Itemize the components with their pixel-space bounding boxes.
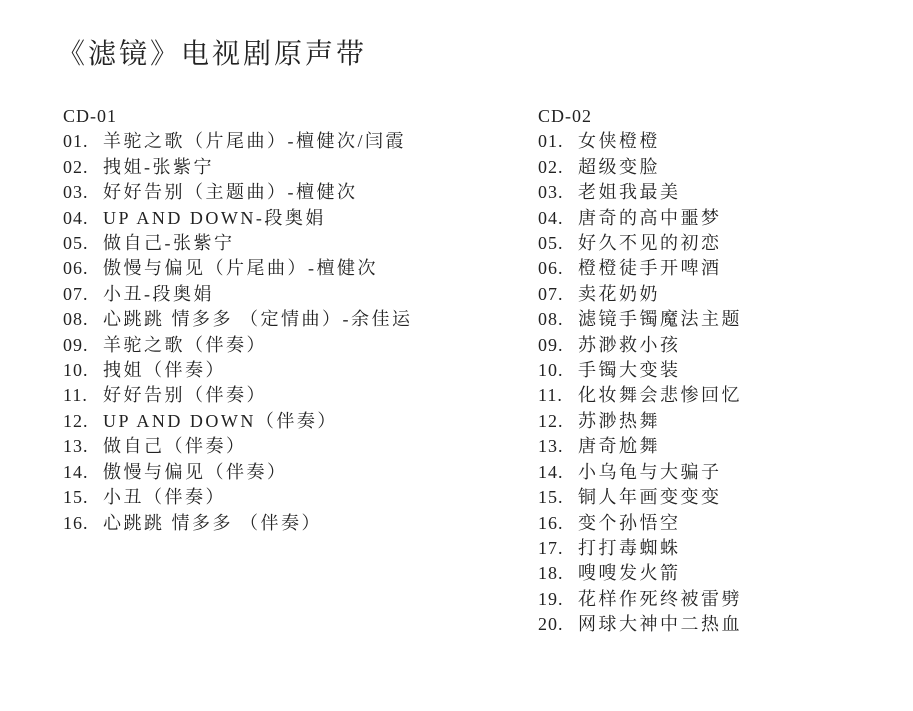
- track-number: 16.: [538, 511, 578, 536]
- disc-label: CD-02: [538, 104, 913, 129]
- track-item: 08.心跳跳 情多多 （定情曲）-余佳运: [63, 307, 538, 332]
- track-number: 13.: [538, 434, 578, 459]
- disc-label: CD-01: [63, 104, 538, 129]
- track-number: 10.: [63, 358, 103, 383]
- track-title: 傲慢与偏见（伴奏）: [103, 462, 288, 482]
- track-title: 橙橙徒手开啤酒: [578, 258, 722, 278]
- track-number: 13.: [63, 434, 103, 459]
- track-item: 04.唐奇的高中噩梦: [538, 206, 913, 231]
- track-item: 19.花样作死终被雷劈: [538, 587, 913, 612]
- track-number: 18.: [538, 561, 578, 586]
- track-title: 苏渺热舞: [578, 411, 660, 431]
- track-number: 08.: [538, 307, 578, 332]
- track-title: UP AND DOWN-段奥娟: [103, 208, 326, 228]
- track-title: 好久不见的初恋: [578, 233, 722, 253]
- track-number: 02.: [538, 155, 578, 180]
- track-title: 网球大神中二热血: [578, 614, 742, 634]
- track-list-cd-02: 01.女侠橙橙02.超级变脸03.老姐我最美04.唐奇的高中噩梦05.好久不见的…: [538, 129, 913, 637]
- track-title: 好好告别（主题曲）-檀健次: [103, 182, 358, 202]
- track-number: 04.: [63, 206, 103, 231]
- track-number: 19.: [538, 587, 578, 612]
- track-item: 11.化妆舞会悲惨回忆: [538, 383, 913, 408]
- track-title: 羊驼之歌（伴奏）: [103, 335, 267, 355]
- track-item: 09.羊驼之歌（伴奏）: [63, 333, 538, 358]
- track-number: 05.: [538, 231, 578, 256]
- track-item: 10.手镯大变装: [538, 358, 913, 383]
- track-item: 16.变个孙悟空: [538, 511, 913, 536]
- track-title: 超级变脸: [578, 157, 660, 177]
- track-item: 18.嗖嗖发火箭: [538, 561, 913, 586]
- disc-cd-02: CD-02 01.女侠橙橙02.超级变脸03.老姐我最美04.唐奇的高中噩梦05…: [538, 104, 913, 638]
- track-item: 01.女侠橙橙: [538, 129, 913, 154]
- track-number: 01.: [538, 129, 578, 154]
- track-title: 嗖嗖发火箭: [578, 563, 681, 583]
- track-item: 02.拽姐-张紫宁: [63, 155, 538, 180]
- track-title: 傲慢与偏见（片尾曲）-檀健次: [103, 258, 378, 278]
- track-title: 小丑（伴奏）: [103, 487, 226, 507]
- page-title: 《滤镜》电视剧原声带: [57, 38, 913, 72]
- track-title: 唐奇尬舞: [578, 436, 660, 456]
- track-number: 12.: [63, 409, 103, 434]
- track-item: 08.滤镜手镯魔法主题: [538, 307, 913, 332]
- track-number: 14.: [538, 460, 578, 485]
- track-title: 做自己（伴奏）: [103, 436, 247, 456]
- track-item: 05.好久不见的初恋: [538, 231, 913, 256]
- track-number: 20.: [538, 612, 578, 637]
- track-title: 老姐我最美: [578, 182, 681, 202]
- track-item: 14.小乌龟与大骗子: [538, 460, 913, 485]
- disc-columns: CD-01 01.羊驼之歌（片尾曲）-檀健次/闫霞02.拽姐-张紫宁03.好好告…: [0, 104, 913, 638]
- track-title: 花样作死终被雷劈: [578, 589, 742, 609]
- track-number: 10.: [538, 358, 578, 383]
- track-item: 20.网球大神中二热血: [538, 612, 913, 637]
- track-number: 15.: [63, 485, 103, 510]
- track-title: UP AND DOWN（伴奏）: [103, 411, 338, 431]
- track-item: 17.打打毒蜘蛛: [538, 536, 913, 561]
- track-title: 心跳跳 情多多 （伴奏）: [103, 513, 322, 533]
- track-item: 02.超级变脸: [538, 155, 913, 180]
- track-item: 13.做自己（伴奏）: [63, 434, 538, 459]
- track-number: 03.: [63, 180, 103, 205]
- track-item: 12.UP AND DOWN（伴奏）: [63, 409, 538, 434]
- track-number: 17.: [538, 536, 578, 561]
- track-title: 铜人年画变变变: [578, 487, 722, 507]
- track-item: 06.橙橙徒手开啤酒: [538, 256, 913, 281]
- track-item: 05.做自己-张紫宁: [63, 231, 538, 256]
- track-item: 16.心跳跳 情多多 （伴奏）: [63, 511, 538, 536]
- track-number: 02.: [63, 155, 103, 180]
- track-title: 打打毒蜘蛛: [578, 538, 681, 558]
- track-number: 01.: [63, 129, 103, 154]
- track-item: 15.小丑（伴奏）: [63, 485, 538, 510]
- track-list-cd-01: 01.羊驼之歌（片尾曲）-檀健次/闫霞02.拽姐-张紫宁03.好好告别（主题曲）…: [63, 129, 538, 536]
- track-number: 15.: [538, 485, 578, 510]
- track-item: 06.傲慢与偏见（片尾曲）-檀健次: [63, 256, 538, 281]
- track-item: 14.傲慢与偏见（伴奏）: [63, 460, 538, 485]
- track-title: 手镯大变装: [578, 360, 681, 380]
- track-item: 04.UP AND DOWN-段奥娟: [63, 206, 538, 231]
- track-title: 小乌龟与大骗子: [578, 462, 722, 482]
- track-title: 苏渺救小孩: [578, 335, 681, 355]
- soundtrack-page: 《滤镜》电视剧原声带 CD-01 01.羊驼之歌（片尾曲）-檀健次/闫霞02.拽…: [0, 0, 913, 711]
- track-title: 心跳跳 情多多 （定情曲）-余佳运: [103, 309, 413, 329]
- track-number: 06.: [63, 256, 103, 281]
- track-title: 做自己-张紫宁: [103, 233, 235, 253]
- track-number: 09.: [538, 333, 578, 358]
- track-item: 03.好好告别（主题曲）-檀健次: [63, 180, 538, 205]
- track-item: 09.苏渺救小孩: [538, 333, 913, 358]
- track-title: 化妆舞会悲惨回忆: [578, 385, 742, 405]
- track-item: 10.拽姐（伴奏）: [63, 358, 538, 383]
- track-number: 05.: [63, 231, 103, 256]
- track-title: 拽姐（伴奏）: [103, 360, 226, 380]
- track-title: 羊驼之歌（片尾曲）-檀健次/闫霞: [103, 131, 406, 151]
- track-title: 卖花奶奶: [578, 284, 660, 304]
- disc-cd-01: CD-01 01.羊驼之歌（片尾曲）-檀健次/闫霞02.拽姐-张紫宁03.好好告…: [63, 104, 538, 638]
- track-number: 11.: [63, 383, 103, 408]
- track-number: 12.: [538, 409, 578, 434]
- track-item: 07.小丑-段奥娟: [63, 282, 538, 307]
- track-title: 女侠橙橙: [578, 131, 660, 151]
- track-number: 03.: [538, 180, 578, 205]
- track-item: 03.老姐我最美: [538, 180, 913, 205]
- track-number: 08.: [63, 307, 103, 332]
- track-item: 11.好好告别（伴奏）: [63, 383, 538, 408]
- track-title: 小丑-段奥娟: [103, 284, 214, 304]
- track-number: 07.: [538, 282, 578, 307]
- track-item: 13.唐奇尬舞: [538, 434, 913, 459]
- track-item: 12.苏渺热舞: [538, 409, 913, 434]
- track-title: 滤镜手镯魔法主题: [578, 309, 742, 329]
- track-title: 拽姐-张紫宁: [103, 157, 214, 177]
- track-number: 11.: [538, 383, 578, 408]
- track-number: 14.: [63, 460, 103, 485]
- track-item: 15.铜人年画变变变: [538, 485, 913, 510]
- track-title: 唐奇的高中噩梦: [578, 208, 722, 228]
- track-number: 06.: [538, 256, 578, 281]
- track-item: 07.卖花奶奶: [538, 282, 913, 307]
- track-title: 好好告别（伴奏）: [103, 385, 267, 405]
- track-number: 07.: [63, 282, 103, 307]
- track-item: 01.羊驼之歌（片尾曲）-檀健次/闫霞: [63, 129, 538, 154]
- track-number: 09.: [63, 333, 103, 358]
- track-number: 04.: [538, 206, 578, 231]
- track-number: 16.: [63, 511, 103, 536]
- track-title: 变个孙悟空: [578, 513, 681, 533]
